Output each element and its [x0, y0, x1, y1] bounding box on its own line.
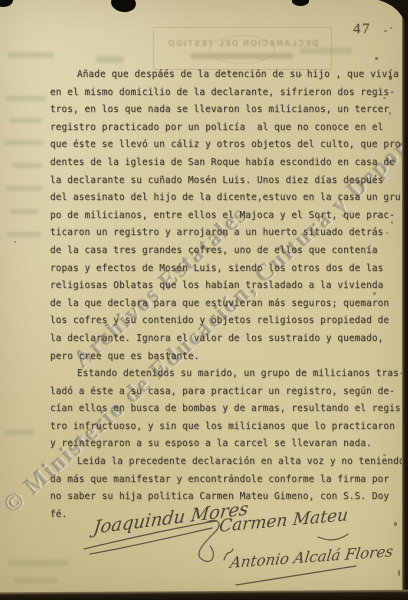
typed-line: los cofres y su contenido y objetos reli… — [50, 315, 380, 333]
typed-line: la declarante su cuñado Mosén Luis. Unos… — [50, 175, 380, 193]
typed-line: que éste se llevó un cáliz y otros objet… — [50, 139, 380, 157]
typed-line: dentes de la iglesia de San Roque había … — [50, 157, 380, 175]
bleed-line — [8, 560, 68, 566]
typed-line: de la casa tres grandes cofres, uno de e… — [50, 245, 380, 263]
stamp-subline — [191, 53, 295, 59]
typed-line: da más que manifestar y encontrándole co… — [50, 474, 380, 492]
typed-line: ropas y efectos de Mosén Luis, siendo lo… — [50, 263, 380, 281]
scan-edge-bottom — [0, 590, 408, 600]
bleed-line — [12, 163, 42, 168]
typed-line: ticaron un registro y arrojaron a un hue… — [50, 227, 380, 245]
typed-line: pero cree que es bastante. — [50, 351, 380, 369]
typed-line: ladó a éste a su casa, para practicar un… — [50, 386, 380, 404]
bleed-line — [4, 430, 34, 435]
bleed-line — [7, 232, 41, 237]
typed-text-block: Añade que despáés de la detención de su … — [50, 69, 380, 526]
bleed-line — [8, 52, 54, 58]
typed-line: Leida la precedente declaración en alta … — [50, 456, 380, 474]
bleed-line — [5, 140, 43, 145]
typed-line: registro practicado por un policía al qu… — [50, 122, 380, 140]
typed-line: Añade que despáés de la detención de su … — [50, 69, 380, 87]
stamp-title: DECLARACION DEL TESTIGO — [167, 39, 318, 48]
typed-line: cían ellos en busca de bombas y de armas… — [50, 403, 380, 421]
bleed-line — [10, 209, 38, 214]
scan-artifact — [0, 0, 13, 7]
typed-line: en el mismo domicilio de la declarante, … — [50, 87, 380, 105]
bleed-line — [14, 578, 58, 583]
typed-line: del asesinato del hijo de la dicente,est… — [50, 192, 380, 210]
typed-line: y reintegraron a su esposo a la carcel s… — [50, 438, 380, 456]
page-number: 47 — [353, 21, 371, 38]
typed-line: religiosas Oblatas que los habían trasla… — [50, 280, 380, 298]
bleed-line — [6, 186, 42, 191]
signature-antonio: Antonio Alcalá Flores — [229, 542, 394, 572]
typed-line: tros, en los que nada se llevaron los mi… — [50, 104, 380, 122]
bleed-line — [6, 96, 46, 101]
typed-line: tro infructuoso, y sin que los miliciano… — [50, 421, 380, 439]
typed-line: Estando detenidos su marido, un grupo de… — [50, 368, 380, 386]
bleed-line — [10, 118, 42, 123]
typed-line: po de milicianos, entre ellos el Majoca … — [50, 210, 380, 228]
scan-edge-right — [402, 0, 408, 600]
bleed-line — [300, 48, 352, 54]
scan-artifact — [292, 0, 309, 6]
typed-line: de la que declara para que estuvieran má… — [50, 298, 380, 316]
scan-corner-top-right — [376, 0, 408, 32]
bleed-line — [96, 56, 124, 63]
document-scan: DECLARACION DEL TESTIGO Archivos Estatal… — [0, 0, 408, 600]
typed-line: la declarante. Ignora el valor de los su… — [50, 333, 380, 351]
scan-artifact — [110, 0, 138, 14]
